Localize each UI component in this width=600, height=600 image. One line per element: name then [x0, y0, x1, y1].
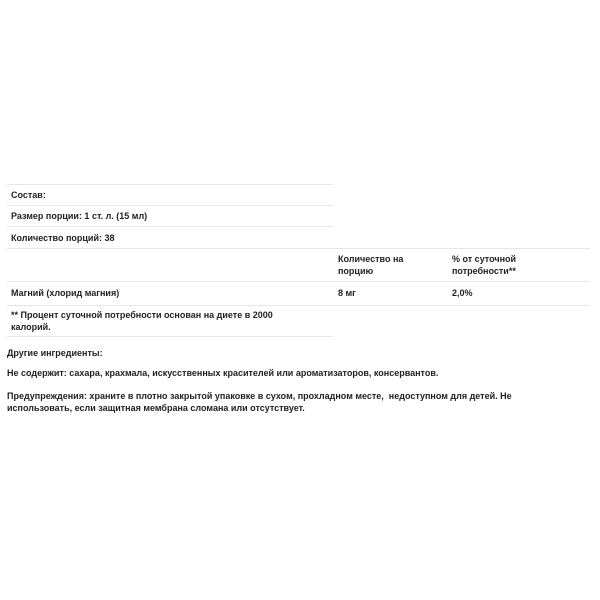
table-top-divider — [7, 248, 590, 249]
warnings: Предупреждения: храните в плотно закрыто… — [7, 390, 587, 414]
daily-value-footnote: ** Процент суточной потребности основан … — [11, 309, 273, 333]
footnote-line: ** Процент суточной потребности основан … — [11, 309, 273, 321]
divider — [7, 336, 333, 337]
column-header-amount-line: Количество на — [338, 253, 403, 265]
column-header-dv-line: % от суточной — [452, 253, 516, 265]
composition-label: Состав: — [11, 189, 46, 201]
footnote-line: калорий. — [11, 321, 273, 333]
free-from-statement: Не содержит: сахара, крахмала, искусстве… — [7, 367, 567, 379]
divider — [7, 281, 590, 282]
nutrient-name: Магний (хлорид магния) — [11, 287, 119, 299]
nutrient-amount: 8 мг — [338, 287, 356, 299]
other-ingredients-title: Другие ингредиенты: — [7, 347, 567, 359]
supplement-facts-document: Состав: Размер порции: 1 ст. л. (15 мл) … — [0, 0, 600, 600]
warnings-line: использовать, если защитная мембрана сло… — [7, 402, 587, 414]
nutrient-daily-value: 2,0% — [452, 287, 473, 299]
column-header-amount: Количество на порцию — [338, 253, 403, 277]
column-header-daily-value: % от суточной потребности** — [452, 253, 516, 277]
divider — [7, 205, 333, 206]
serving-size: Размер порции: 1 ст. л. (15 мл) — [11, 210, 147, 222]
divider — [7, 226, 333, 227]
column-header-amount-line: порцию — [338, 265, 403, 277]
divider — [7, 184, 333, 185]
servings-count: Количество порций: 38 — [11, 232, 115, 244]
column-header-dv-line: потребности** — [452, 265, 516, 277]
warnings-line: Предупреждения: храните в плотно закрыто… — [7, 390, 587, 402]
divider — [7, 305, 590, 306]
